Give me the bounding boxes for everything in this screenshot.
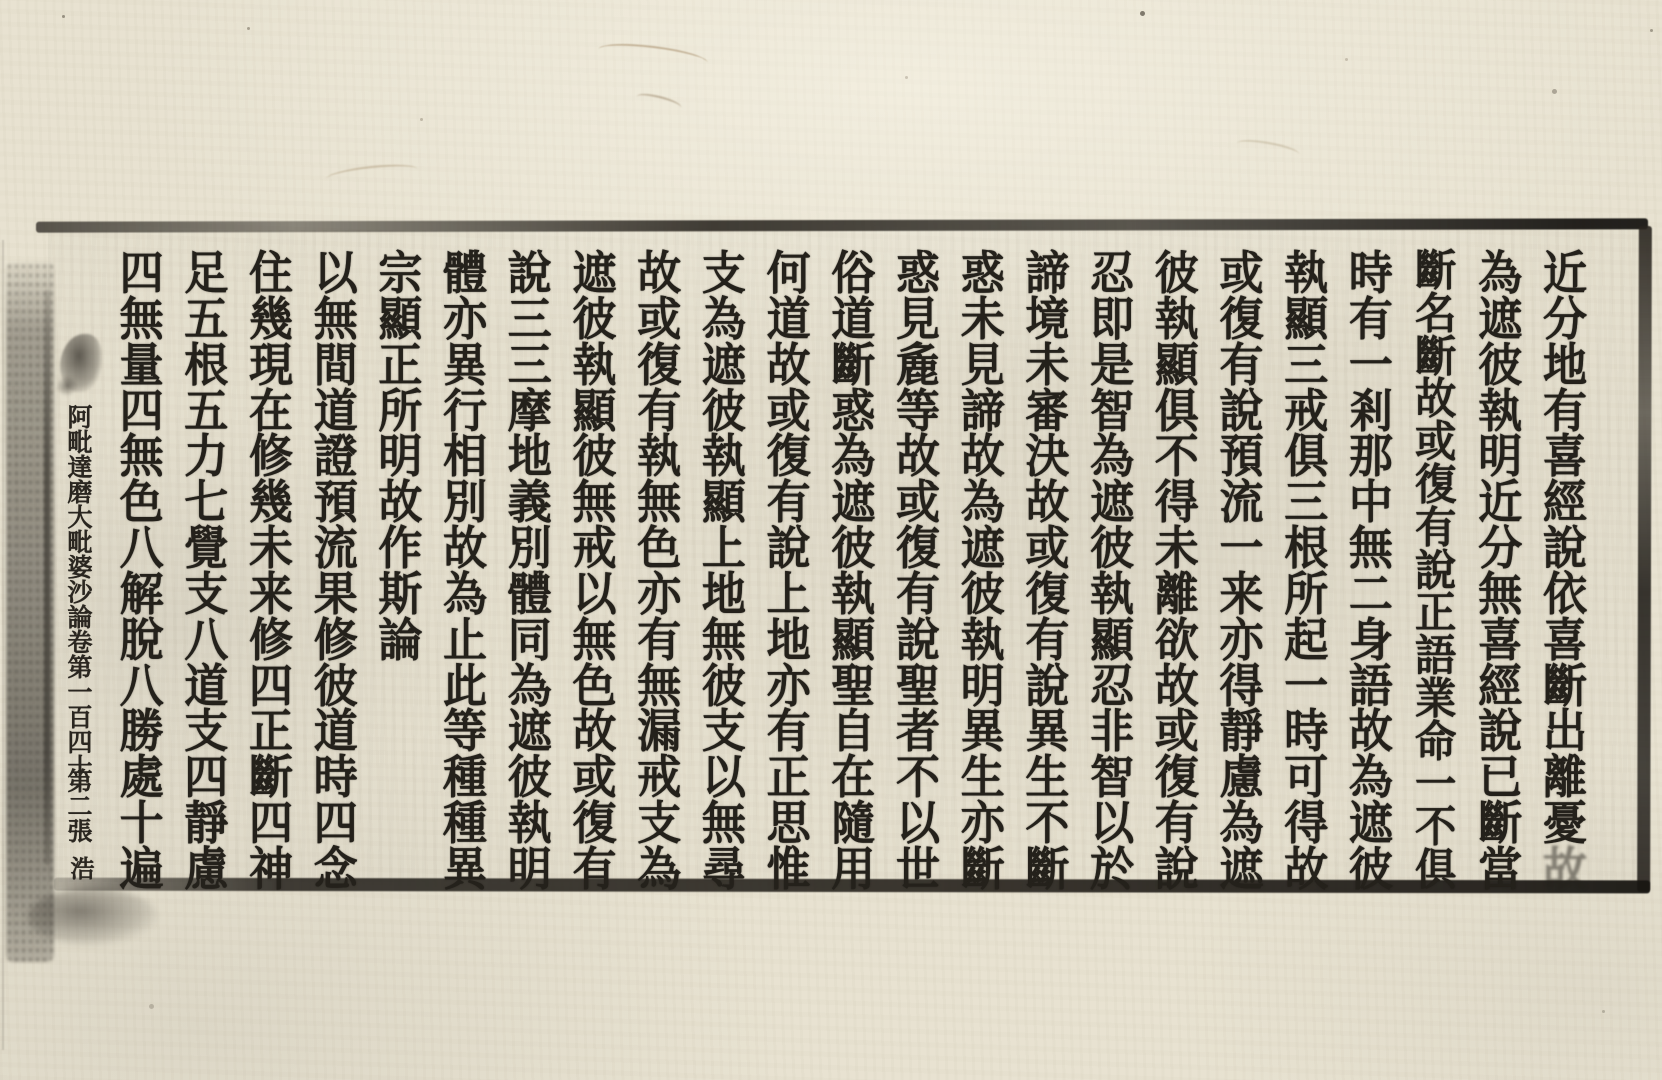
text-column: 說三三摩地義別體同為遮彼執明 [501, 246, 559, 888]
text-column: 故或復有執無色亦有無漏戒支為 [630, 246, 688, 888]
text-column: 俗道斷惑為遮彼執顯聖自在隨用 [824, 246, 882, 888]
text-column: 斷名斷故或復有說正語業命一不俱 [1407, 246, 1465, 888]
text-column: 支為遮彼執顯上地無彼支以無尋 [695, 246, 753, 888]
text-column: 近分地有喜經說依喜斷出離憂故 [1536, 246, 1594, 888]
manuscript-sheet: 近分地有喜經說依喜斷出離憂故為遮彼執明近分無喜經說已斷當斷名斷故或復有說正語業命… [0, 0, 1662, 1080]
paper-left-edge [2, 240, 4, 1050]
text-column: 住幾現在修幾未来修四正斷四神 [242, 246, 300, 888]
text-column: 體亦異行相別故為止此等種種異 [436, 246, 494, 888]
paper-specks [0, 0, 3, 3]
text-column: 時有一剎那中無二身語故為遮彼 [1342, 246, 1400, 888]
text-columns: 近分地有喜經說依喜斷出離憂故為遮彼執明近分無喜經說已斷當斷名斷故或復有說正語業命… [0, 0, 1662, 1080]
colophon-sheet-number: 第二張 [64, 768, 90, 843]
text-column: 惑未見諦故為遮彼執明異生亦斷 [954, 246, 1012, 888]
text-column: 宗顯正所明故作斯論 [371, 246, 429, 888]
text-column: 惑見麁等故或復有說聖者不以世 [889, 246, 947, 888]
text-column: 執顯三戒俱三根所起一時可得故 [1277, 246, 1335, 888]
text-column: 彼執顯俱不得未離欲故或復有說 [1148, 246, 1206, 888]
colophon-collator-mark: 浩 [66, 856, 91, 880]
text-column: 四無量四無色八解脫八勝處十遍 [113, 246, 171, 888]
ink-blot-small [56, 376, 78, 396]
text-column: 忍即是智為遮彼執顯忍非智以於 [1083, 246, 1141, 888]
text-column: 遮彼執顯彼無戒以無色故或復有 [566, 246, 624, 888]
text-column: 何道故或復有說上地亦有正思惟 [760, 246, 818, 888]
text-column: 為遮彼執明近分無喜經說已斷當 [1471, 246, 1529, 888]
text-column: 諦境未審決故或復有說異生不斷 [1018, 246, 1076, 888]
text-column: 或復有說預流一来亦得靜慮為遮 [1213, 246, 1271, 888]
text-column: 足五根五力七覺支八道支四靜慮 [177, 246, 235, 888]
text-column: 以無間道證預流果修彼道時四念 [307, 246, 365, 888]
colophon-title: 阿毗達磨大毗婆沙論卷第一百四十 [64, 404, 90, 779]
